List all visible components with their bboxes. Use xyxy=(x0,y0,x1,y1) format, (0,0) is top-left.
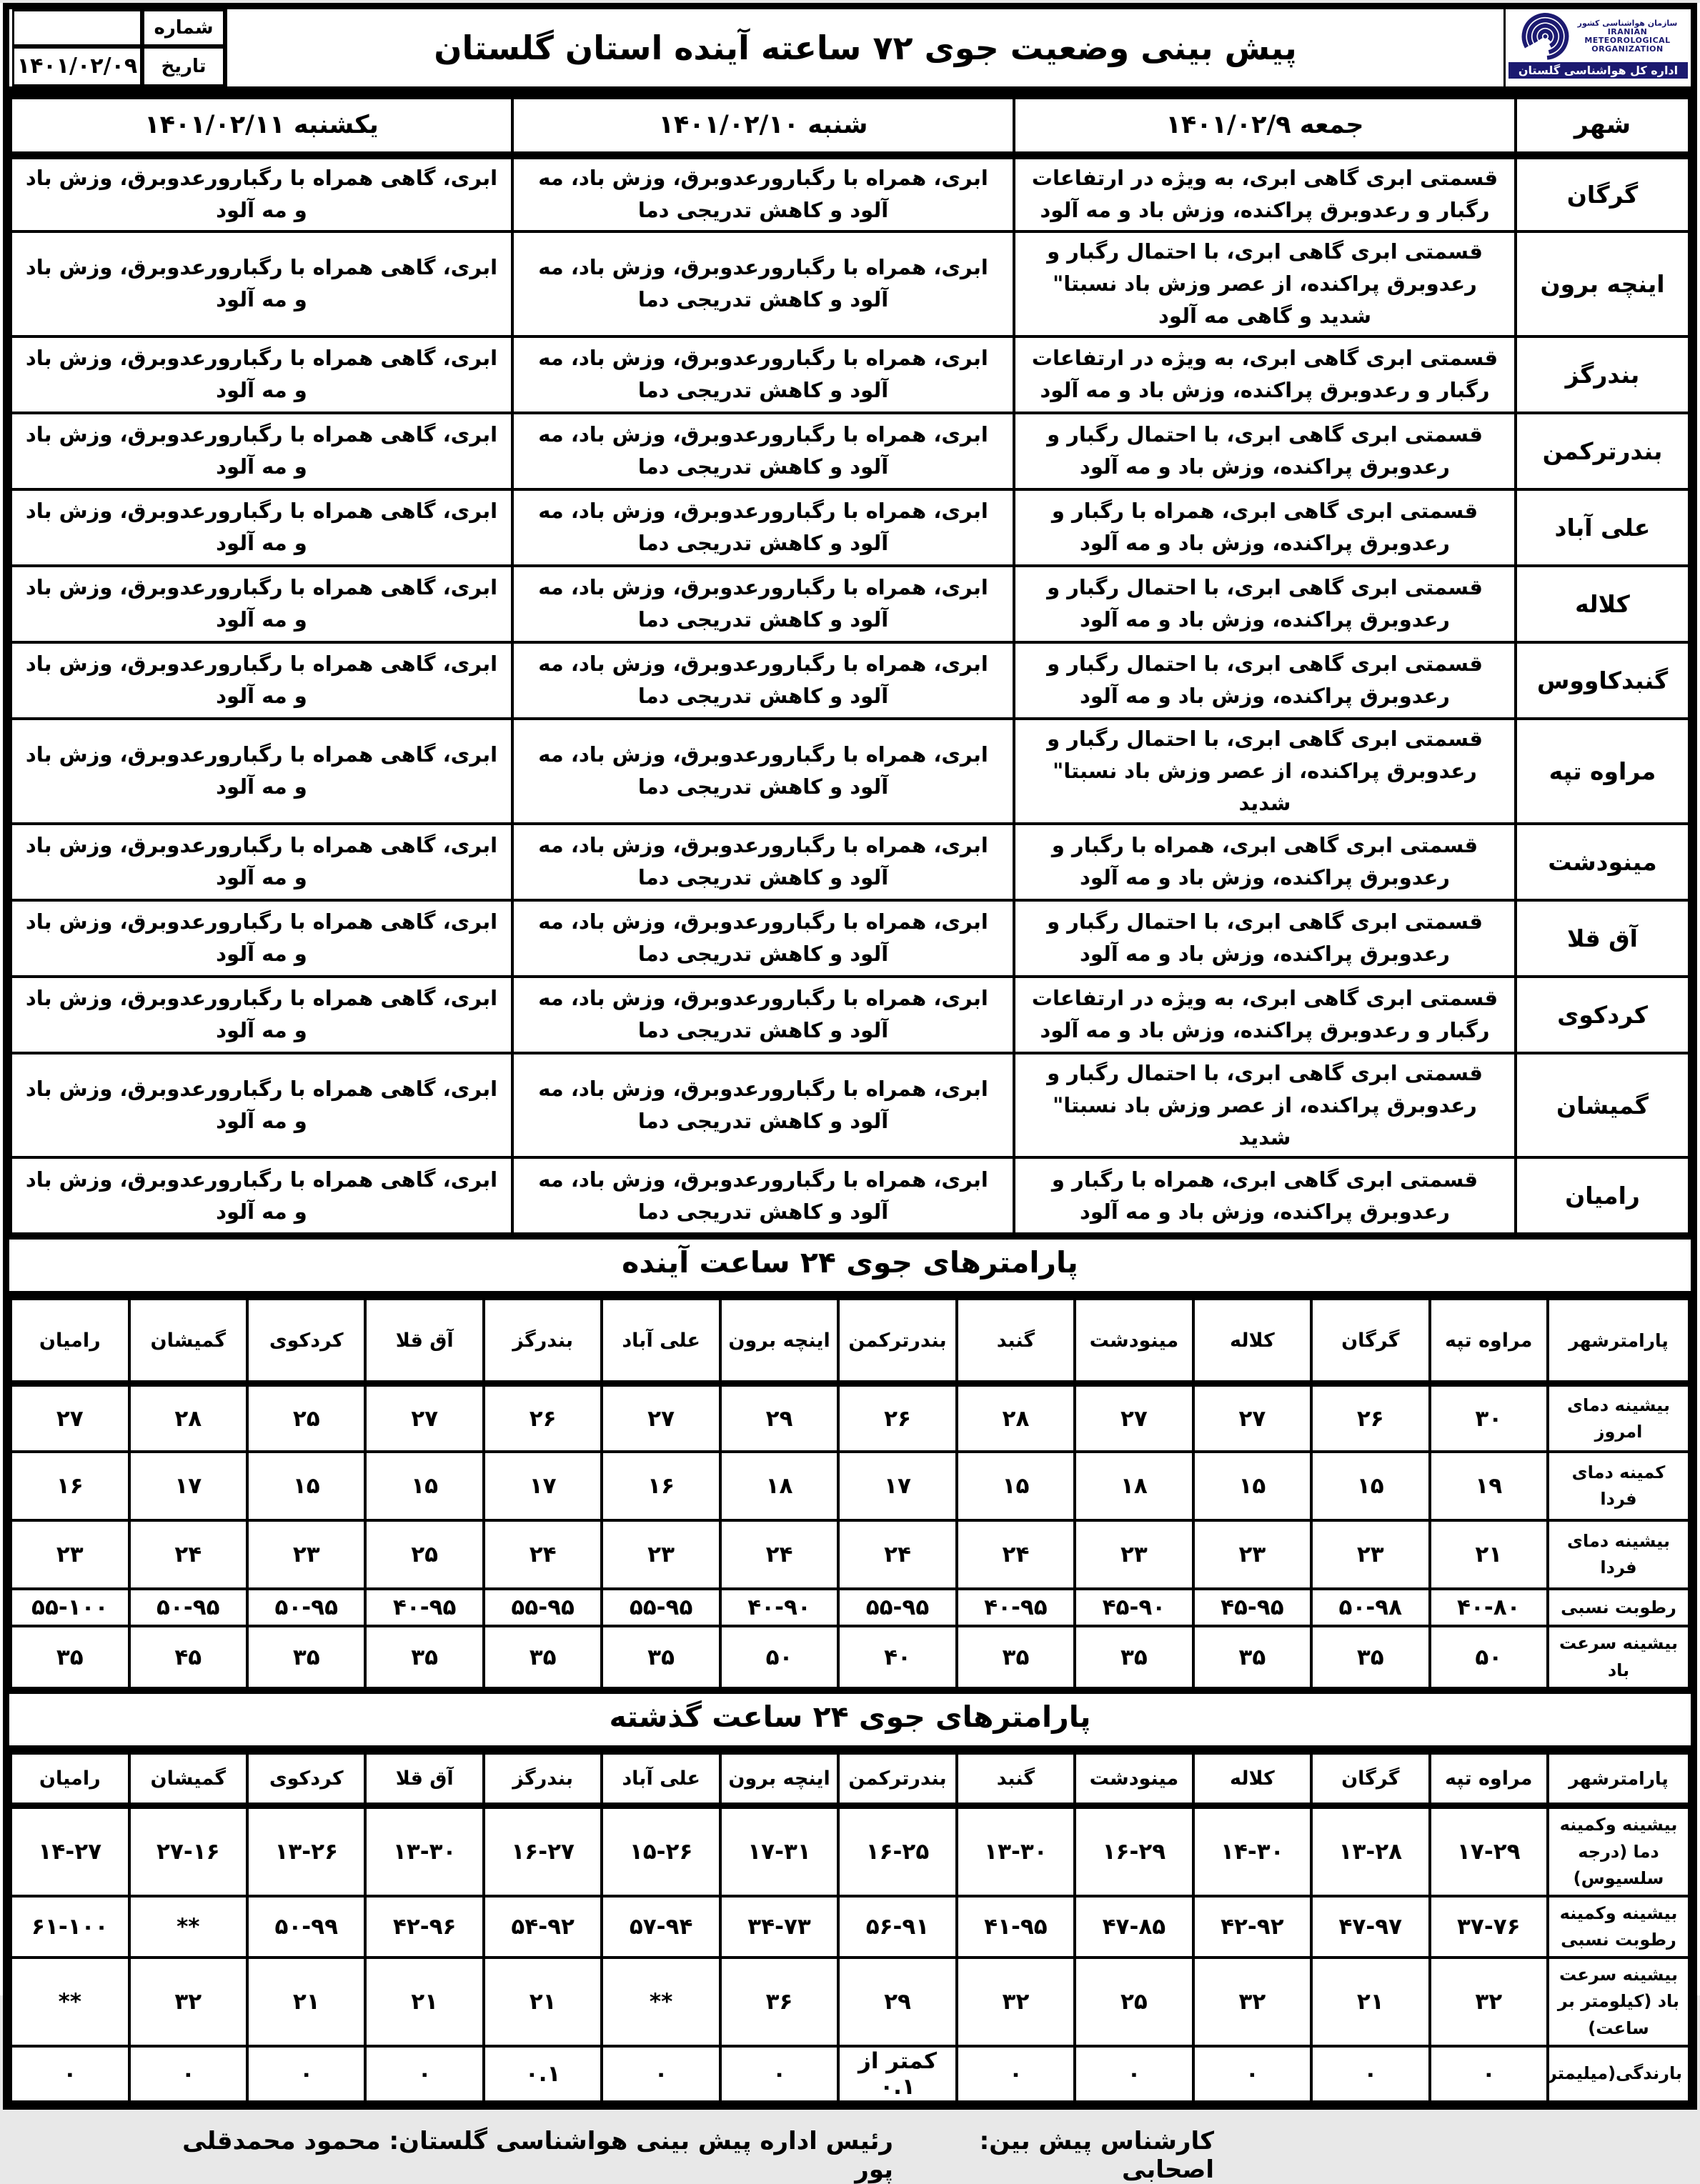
param-value: ۳۵ xyxy=(957,1626,1075,1687)
page-title: پیش بینی وضعیت جوی ۷۲ ساعته آینده استان … xyxy=(434,29,1296,67)
param-city-header: گمیشان xyxy=(129,1753,247,1806)
forecast-cell: ابری، گاهی همراه با رگبارورعدوبرق، وزش ب… xyxy=(11,824,512,900)
forecast-cell: ابری، همراه با رگبارورعدوبرق، وزش باد، م… xyxy=(512,413,1014,489)
param-value: ۱۵ xyxy=(247,1452,365,1520)
param-value: ۱۵ xyxy=(365,1452,483,1520)
param-value: ۴۱-۹۵ xyxy=(957,1896,1075,1958)
city-column-header: شهر xyxy=(1516,98,1689,155)
param-value: ۲۵ xyxy=(247,1383,365,1452)
param-value: ۱۶-۲۷ xyxy=(484,1806,602,1896)
title-area: پیش بینی وضعیت جوی ۷۲ ساعته آینده استان … xyxy=(227,9,1503,86)
forecast-cell: ابری، گاهی همراه با رگبارورعدوبرق، وزش ب… xyxy=(11,413,512,489)
param-value: ۳۶ xyxy=(720,1958,838,2046)
param-value: ۱۸ xyxy=(720,1452,838,1520)
param-city-header: کردکوی xyxy=(247,1299,365,1383)
city-name: گرگان xyxy=(1516,155,1689,231)
param-value: ۲۱ xyxy=(1430,1520,1548,1589)
param-value: ۲۸ xyxy=(957,1383,1075,1452)
forecast-cell: قسمتی ابری گاهی ابری، به ویژه در ارتفاعا… xyxy=(1014,336,1516,413)
param-city-header: رامیان xyxy=(11,1299,129,1383)
city-name: مراوه تپه xyxy=(1516,719,1689,824)
param-value: ۴۲-۹۶ xyxy=(365,1896,483,1958)
param-value: ۱۹ xyxy=(1430,1452,1548,1520)
param-value: ۲۳ xyxy=(1311,1520,1429,1589)
param-row: بارندگی(میلیمتر)۰۰۰۰۰کمتر از ۰.۱۰۰۰.۱۰۰۰… xyxy=(11,2046,1689,2102)
param-value: ۳۵ xyxy=(1075,1626,1193,1687)
param-value: ۲۳ xyxy=(1193,1520,1311,1589)
param-value: ۱۶ xyxy=(602,1452,720,1520)
param-value: ۳۵ xyxy=(11,1626,129,1687)
param-value: ۵۰-۹۸ xyxy=(1311,1589,1429,1626)
param-row-label: بیشینه دمای امروز xyxy=(1548,1383,1689,1452)
param-value: ۲۶ xyxy=(484,1383,602,1452)
forecast-cell: ابری، همراه با رگبارورعدوبرق، وزش باد، م… xyxy=(512,155,1014,231)
param-value: ۲۱ xyxy=(484,1958,602,2046)
params-next24-table: پارامترشهرمراوه تپهگرگانکلالهمینودشتگنبد… xyxy=(9,1297,1691,1689)
param-value: ۴۰-۸۰ xyxy=(1430,1589,1548,1626)
forecast-row: گمیشانقسمتی ابری گاهی ابری، با احتمال رگ… xyxy=(11,1053,1689,1158)
forecast-cell: ابری، گاهی همراه با رگبارورعدوبرق، وزش ب… xyxy=(11,977,512,1053)
document-frame: سازمان هواشناسی کشور IRANIAN METEOROLOGI… xyxy=(3,3,1697,2110)
city-name: کلاله xyxy=(1516,566,1689,642)
city-name: کردکوی xyxy=(1516,977,1689,1053)
forecast-cell: ابری، گاهی همراه با رگبارورعدوبرق، وزش ب… xyxy=(11,155,512,231)
param-value: ** xyxy=(11,1958,129,2046)
param-value: ۳۴-۷۳ xyxy=(720,1896,838,1958)
city-name: اینچه برون xyxy=(1516,231,1689,336)
param-value: ۱۷ xyxy=(129,1452,247,1520)
params-past24-table: پارامترشهرمراوه تپهگرگانکلالهمینودشتگنبد… xyxy=(9,1752,1691,2103)
param-value: ۲۷ xyxy=(365,1383,483,1452)
param-value: ۱۵-۲۶ xyxy=(602,1806,720,1896)
param-value: ۵۶-۹۱ xyxy=(838,1896,956,1958)
city-name: گمیشان xyxy=(1516,1053,1689,1158)
param-value: ۱۵ xyxy=(1193,1452,1311,1520)
param-value: ۴۰-۹۵ xyxy=(957,1589,1075,1626)
param-corner-header: پارامترشهر xyxy=(1548,1753,1689,1806)
param-value: ۰ xyxy=(1430,2046,1548,2102)
forecast-row: آق قلاقسمتی ابری گاهی ابری، با احتمال رگ… xyxy=(11,900,1689,977)
forecast-cell: قسمتی ابری گاهی ابری، با احتمال رگبار و … xyxy=(1014,566,1516,642)
param-value: ۱۸ xyxy=(1075,1452,1193,1520)
param-value: ۵۵-۹۵ xyxy=(484,1589,602,1626)
param-value: ۲۴ xyxy=(957,1520,1075,1589)
param-row-label: بیشینه دمای فردا xyxy=(1548,1520,1689,1589)
document-header: سازمان هواشناسی کشور IRANIAN METEOROLOGI… xyxy=(9,9,1691,96)
param-row-label: رطوبت نسبی xyxy=(1548,1589,1689,1626)
param-value: کمتر از ۰.۱ xyxy=(838,2046,956,2102)
forecast-row: مراوه تپهقسمتی ابری گاهی ابری، با احتمال… xyxy=(11,719,1689,824)
param-value: ۱۳-۲۶ xyxy=(247,1806,365,1896)
forecast-cell: ابری، همراه با رگبارورعدوبرق، وزش باد، م… xyxy=(512,231,1014,336)
forecast-cell: ابری، همراه با رگبارورعدوبرق، وزش باد، م… xyxy=(512,900,1014,977)
doc-info: شماره تاریخ ۱۴۰۱/۰۲/۰۹ xyxy=(9,9,227,86)
param-value: ۰ xyxy=(1075,2046,1193,2102)
param-value: ** xyxy=(602,1958,720,2046)
param-value: ۵۵-۹۵ xyxy=(838,1589,956,1626)
param-value: ۲۹ xyxy=(720,1383,838,1452)
param-value: ۲۵ xyxy=(365,1520,483,1589)
param-city-header: کلاله xyxy=(1193,1299,1311,1383)
param-value: ۴۷-۸۵ xyxy=(1075,1896,1193,1958)
param-value: ۳۷-۷۶ xyxy=(1430,1896,1548,1958)
forecast-row: کردکویقسمتی ابری گاهی ابری، به ویژه در ا… xyxy=(11,977,1689,1053)
forecast-cell: ابری، همراه با رگبارورعدوبرق، وزش باد، م… xyxy=(512,824,1014,900)
param-value: ۰ xyxy=(247,2046,365,2102)
param-value: ۱۷ xyxy=(838,1452,956,1520)
day-header: یکشنبه ۱۴۰۱/۰۲/۱۱ xyxy=(11,98,512,155)
param-value: ۰ xyxy=(602,2046,720,2102)
param-row-label: بیشینه وکمینه رطوبت نسبی xyxy=(1548,1896,1689,1958)
imo-logo-inner: سازمان هواشناسی کشور IRANIAN METEOROLOGI… xyxy=(1516,11,1681,61)
param-value: ۳۲ xyxy=(1430,1958,1548,2046)
param-city-header: مراوه تپه xyxy=(1430,1753,1548,1806)
param-value: ۱۴-۲۷ xyxy=(11,1806,129,1896)
param-value: ۲۷ xyxy=(602,1383,720,1452)
param-row: بیشینه وکمینه رطوبت نسبی۳۷-۷۶۴۷-۹۷۴۲-۹۲۴… xyxy=(11,1896,1689,1958)
param-city-header: مراوه تپه xyxy=(1430,1299,1548,1383)
param-value: ** xyxy=(129,1896,247,1958)
param-value: ۲۱ xyxy=(247,1958,365,2046)
param-value: ۳۵ xyxy=(1193,1626,1311,1687)
param-city-header: کلاله xyxy=(1193,1753,1311,1806)
param-value: ۵۷-۹۴ xyxy=(602,1896,720,1958)
param-city-header: بندرگز xyxy=(484,1299,602,1383)
param-value: ۶۱-۱۰۰ xyxy=(11,1896,129,1958)
forecast-cell: ابری، همراه با رگبارورعدوبرق، وزش باد، م… xyxy=(512,489,1014,566)
forecast-cell: ابری، گاهی همراه با رگبارورعدوبرق، وزش ب… xyxy=(11,1157,512,1234)
section-title-next24: پارامترهای جوی ۲۴ ساعت آینده xyxy=(9,1235,1691,1297)
param-city-header: گمیشان xyxy=(129,1299,247,1383)
param-value: ۰ xyxy=(129,2046,247,2102)
param-value: ۱۳-۳۰ xyxy=(957,1806,1075,1896)
param-city-header: گرگان xyxy=(1311,1299,1429,1383)
param-city-header: بندرترکمن xyxy=(838,1753,956,1806)
param-row-label: کمینه دمای فردا xyxy=(1548,1452,1689,1520)
param-value: ۰ xyxy=(1193,2046,1311,2102)
forecast-cell: قسمتی ابری گاهی ابری، با احتمال رگبار و … xyxy=(1014,900,1516,977)
param-city-header: کردکوی xyxy=(247,1753,365,1806)
dept-banner: اداره کل هواشناسی گلستان xyxy=(1508,62,1688,79)
param-row-label: بارندگی(میلیمتر) xyxy=(1548,2046,1689,2102)
forecast-cell: ابری، گاهی همراه با رگبارورعدوبرق، وزش ب… xyxy=(11,489,512,566)
param-value: ۴۵-۹۰ xyxy=(1075,1589,1193,1626)
param-value: ۳۲ xyxy=(129,1958,247,2046)
forecast-cell: ابری، گاهی همراه با رگبارورعدوبرق، وزش ب… xyxy=(11,719,512,824)
param-value: ۵۵-۱۰۰ xyxy=(11,1589,129,1626)
param-row-label: بیشینه سرعت باد xyxy=(1548,1626,1689,1687)
param-value: ۲۹ xyxy=(838,1958,956,2046)
city-name: رامیان xyxy=(1516,1157,1689,1234)
forecast-cell: ابری، گاهی همراه با رگبارورعدوبرق، وزش ب… xyxy=(11,642,512,719)
doc-date-label: تاریخ xyxy=(142,46,225,87)
param-value: ۲۶ xyxy=(838,1383,956,1452)
param-value: ۳۵ xyxy=(484,1626,602,1687)
param-row-label: بیشینه وکمینه دما (درجه سلسیوس) xyxy=(1548,1806,1689,1896)
forecast-cell: ابری، گاهی همراه با رگبارورعدوبرق، وزش ب… xyxy=(11,566,512,642)
city-name: علی آباد xyxy=(1516,489,1689,566)
param-city-header: گرگان xyxy=(1311,1753,1429,1806)
param-value: ۱۶ xyxy=(11,1452,129,1520)
param-value: ۲۷-۱۶ xyxy=(129,1806,247,1896)
forecast-row: رامیانقسمتی ابری گاهی ابری، همراه با رگب… xyxy=(11,1157,1689,1234)
forecast-cell: قسمتی ابری گاهی ابری، به ویژه در ارتفاعا… xyxy=(1014,977,1516,1053)
param-city-header: آق قلا xyxy=(365,1299,483,1383)
param-value: ۲۷ xyxy=(1193,1383,1311,1452)
param-value: ۲۳ xyxy=(1075,1520,1193,1589)
param-value: ۲۴ xyxy=(838,1520,956,1589)
param-value: ۳۵ xyxy=(365,1626,483,1687)
param-value: ۱۴-۳۰ xyxy=(1193,1806,1311,1896)
param-city-header: مینودشت xyxy=(1075,1299,1193,1383)
param-row: بیشینه دمای امروز۳۰۲۶۲۷۲۷۲۸۲۶۲۹۲۷۲۶۲۷۲۵۲… xyxy=(11,1383,1689,1452)
forecast-table: شهرجمعه ۱۴۰۱/۰۲/۹شنبه ۱۴۰۱/۰۲/۱۰یکشنبه ۱… xyxy=(9,96,1691,1235)
param-value: ۲۴ xyxy=(720,1520,838,1589)
param-value: ۳۰ xyxy=(1430,1383,1548,1452)
city-name: آق قلا xyxy=(1516,900,1689,977)
param-value: ۲۳ xyxy=(602,1520,720,1589)
param-city-header: علی آباد xyxy=(602,1753,720,1806)
city-name: مینودشت xyxy=(1516,824,1689,900)
param-city-header: مینودشت xyxy=(1075,1753,1193,1806)
forecast-row: گنبدکاووسقسمتی ابری گاهی ابری، با احتمال… xyxy=(11,642,1689,719)
forecast-cell: قسمتی ابری گاهی ابری، به ویژه در ارتفاعا… xyxy=(1014,155,1516,231)
forecast-cell: قسمتی ابری گاهی ابری، همراه با رگبار و ر… xyxy=(1014,489,1516,566)
city-name: گنبدکاووس xyxy=(1516,642,1689,719)
forecast-row: بندرترکمنقسمتی ابری گاهی ابری، با احتمال… xyxy=(11,413,1689,489)
param-value: ۴۵-۹۵ xyxy=(1193,1589,1311,1626)
forecast-row: علی آبادقسمتی ابری گاهی ابری، همراه با ر… xyxy=(11,489,1689,566)
forecast-cell: ابری، گاهی همراه با رگبارورعدوبرق، وزش ب… xyxy=(11,1053,512,1158)
forecast-row: گرگانقسمتی ابری گاهی ابری، به ویژه در ار… xyxy=(11,155,1689,231)
forecast-cell: ابری، همراه با رگبارورعدوبرق، وزش باد، م… xyxy=(512,336,1014,413)
doc-number-label: شماره xyxy=(142,9,225,46)
forecast-cell: ابری، گاهی همراه با رگبارورعدوبرق، وزش ب… xyxy=(11,336,512,413)
forecast-cell: قسمتی ابری گاهی ابری، با احتمال رگبار و … xyxy=(1014,1053,1516,1158)
param-value: ۱۵ xyxy=(957,1452,1075,1520)
forecast-cell: قسمتی ابری گاهی ابری، با احتمال رگبار و … xyxy=(1014,719,1516,824)
param-row: بیشینه دمای فردا۲۱۲۳۲۳۲۳۲۴۲۴۲۴۲۳۲۴۲۵۲۳۲۴… xyxy=(11,1520,1689,1589)
doc-date-value: ۱۴۰۱/۰۲/۰۹ xyxy=(12,46,142,87)
param-value: ۱۷-۲۹ xyxy=(1430,1806,1548,1896)
param-value: ۱۶-۲۹ xyxy=(1075,1806,1193,1896)
param-value: ۰.۱ xyxy=(484,2046,602,2102)
param-value: ۲۷ xyxy=(11,1383,129,1452)
param-value: ۰ xyxy=(365,2046,483,2102)
param-row: رطوبت نسبی۴۰-۸۰۵۰-۹۸۴۵-۹۵۴۵-۹۰۴۰-۹۵۵۵-۹۵… xyxy=(11,1589,1689,1626)
param-value: ۱۳-۳۰ xyxy=(365,1806,483,1896)
param-city-header: گنبد xyxy=(957,1299,1075,1383)
param-value: ۳۵ xyxy=(602,1626,720,1687)
param-city-header: رامیان xyxy=(11,1753,129,1806)
param-value: ۲۳ xyxy=(247,1520,365,1589)
forecast-row: مینودشتقسمتی ابری گاهی ابری، همراه با رگ… xyxy=(11,824,1689,900)
imo-spiral-icon xyxy=(1516,11,1571,61)
param-value: ۵۴-۹۲ xyxy=(484,1896,602,1958)
param-value: ۲۵ xyxy=(1075,1958,1193,2046)
chief-name: رئیس اداره پیش بینی هواشناسی گلستان: محم… xyxy=(168,2127,893,2184)
doc-number-value xyxy=(12,9,142,46)
forecaster-name: کارشناس پیش بین: اصحابی xyxy=(893,2127,1214,2184)
param-row: کمینه دمای فردا۱۹۱۵۱۵۱۸۱۵۱۷۱۸۱۶۱۷۱۵۱۵۱۷۱… xyxy=(11,1452,1689,1520)
param-value: ۴۷-۹۷ xyxy=(1311,1896,1429,1958)
param-value: ۵۰ xyxy=(720,1626,838,1687)
param-value: ۳۲ xyxy=(957,1958,1075,2046)
day-header: جمعه ۱۴۰۱/۰۲/۹ xyxy=(1014,98,1516,155)
param-value: ۴۰-۹۵ xyxy=(365,1589,483,1626)
forecast-cell: ابری، همراه با رگبارورعدوبرق، وزش باد، م… xyxy=(512,1157,1014,1234)
param-city-header: بندرگز xyxy=(484,1753,602,1806)
param-value: ۴۰ xyxy=(838,1626,956,1687)
param-city-header: گنبد xyxy=(957,1753,1075,1806)
param-value: ۵۰ xyxy=(1430,1626,1548,1687)
param-value: ۳۵ xyxy=(1311,1626,1429,1687)
imo-logo-texts: سازمان هواشناسی کشور IRANIAN METEOROLOGI… xyxy=(1574,19,1681,54)
forecast-cell: قسمتی ابری گاهی ابری، همراه با رگبار و ر… xyxy=(1014,824,1516,900)
forecast-cell: ابری، همراه با رگبارورعدوبرق، وزش باد، م… xyxy=(512,566,1014,642)
param-city-header: اینچه برون xyxy=(720,1753,838,1806)
param-corner-header: پارامترشهر xyxy=(1548,1299,1689,1383)
forecast-cell: قسمتی ابری گاهی ابری، همراه با رگبار و ر… xyxy=(1014,1157,1516,1234)
forecast-row: اینچه برونقسمتی ابری گاهی ابری، با احتما… xyxy=(11,231,1689,336)
param-value: ۵۰-۹۵ xyxy=(247,1589,365,1626)
param-row: بیشینه سرعت باد (کیلومتر بر ساعت)۳۲۲۱۳۲۲… xyxy=(11,1958,1689,2046)
param-value: ۱۳-۲۸ xyxy=(1311,1806,1429,1896)
param-value: ۵۵-۹۵ xyxy=(602,1589,720,1626)
param-value: ۱۶-۲۵ xyxy=(838,1806,956,1896)
param-value: ۵۰-۹۵ xyxy=(129,1589,247,1626)
forecast-cell: قسمتی ابری گاهی ابری، با احتمال رگبار و … xyxy=(1014,642,1516,719)
param-value: ۱۷ xyxy=(484,1452,602,1520)
param-city-header: بندرترکمن xyxy=(838,1299,956,1383)
forecast-cell: ابری، همراه با رگبارورعدوبرق، وزش باد، م… xyxy=(512,719,1014,824)
param-value: ۵۰-۹۹ xyxy=(247,1896,365,1958)
param-value: ۰ xyxy=(957,2046,1075,2102)
forecast-row: بندرگزقسمتی ابری گاهی ابری، به ویژه در ا… xyxy=(11,336,1689,413)
param-value: ۳۲ xyxy=(1193,1958,1311,2046)
section-title-past24: پارامترهای جوی ۲۴ ساعت گذشته xyxy=(9,1690,1691,1752)
day-header: شنبه ۱۴۰۱/۰۲/۱۰ xyxy=(512,98,1014,155)
forecast-cell: ابری، گاهی همراه با رگبارورعدوبرق، وزش ب… xyxy=(11,231,512,336)
forecast-cell: ابری، همراه با رگبارورعدوبرق، وزش باد، م… xyxy=(512,1053,1014,1158)
forecast-cell: قسمتی ابری گاهی ابری، با احتمال رگبار و … xyxy=(1014,231,1516,336)
param-row: بیشینه وکمینه دما (درجه سلسیوس)۱۷-۲۹۱۳-۲… xyxy=(11,1806,1689,1896)
forecast-cell: ابری، گاهی همراه با رگبارورعدوبرق، وزش ب… xyxy=(11,900,512,977)
param-value: ۲۶ xyxy=(1311,1383,1429,1452)
city-name: بندرگز xyxy=(1516,336,1689,413)
param-value: ۲۱ xyxy=(365,1958,483,2046)
param-value: ۲۳ xyxy=(11,1520,129,1589)
param-value: ۱۷-۳۱ xyxy=(720,1806,838,1896)
param-value: ۴۵ xyxy=(129,1626,247,1687)
param-row: بیشینه سرعت باد۵۰۳۵۳۵۳۵۳۵۴۰۵۰۳۵۳۵۳۵۳۵۴۵۳… xyxy=(11,1626,1689,1687)
param-city-header: علی آباد xyxy=(602,1299,720,1383)
forecast-cell: ابری، همراه با رگبارورعدوبرق، وزش باد، م… xyxy=(512,642,1014,719)
param-value: ۴۰-۹۰ xyxy=(720,1589,838,1626)
param-value: ۰ xyxy=(11,2046,129,2102)
forecast-cell: قسمتی ابری گاهی ابری، با احتمال رگبار و … xyxy=(1014,413,1516,489)
forecast-cell: ابری، همراه با رگبارورعدوبرق، وزش باد، م… xyxy=(512,977,1014,1053)
signature-footer: کارشناس پیش بین: اصحابی رئیس اداره پیش ب… xyxy=(0,2113,1700,2184)
param-value: ۰ xyxy=(720,2046,838,2102)
param-value: ۱۵ xyxy=(1311,1452,1429,1520)
param-value: ۳۵ xyxy=(247,1626,365,1687)
param-city-header: اینچه برون xyxy=(720,1299,838,1383)
param-value: ۴۲-۹۲ xyxy=(1193,1896,1311,1958)
imo-logo: سازمان هواشناسی کشور IRANIAN METEOROLOGI… xyxy=(1503,9,1691,86)
param-value: ۲۴ xyxy=(129,1520,247,1589)
param-city-header: آق قلا xyxy=(365,1753,483,1806)
param-value: ۰ xyxy=(1311,2046,1429,2102)
param-value: ۲۱ xyxy=(1311,1958,1429,2046)
param-row-label: بیشینه سرعت باد (کیلومتر بر ساعت) xyxy=(1548,1958,1689,2046)
param-value: ۲۷ xyxy=(1075,1383,1193,1452)
param-value: ۲۴ xyxy=(484,1520,602,1589)
weather-bulletin-page: سازمان هواشناسی کشور IRANIAN METEOROLOGI… xyxy=(0,3,1700,1995)
forecast-row: کلالهقسمتی ابری گاهی ابری، با احتمال رگب… xyxy=(11,566,1689,642)
org-name-en: IRANIAN METEOROLOGICAL ORGANIZATION xyxy=(1574,28,1681,54)
param-value: ۲۸ xyxy=(129,1383,247,1452)
city-name: بندرترکمن xyxy=(1516,413,1689,489)
